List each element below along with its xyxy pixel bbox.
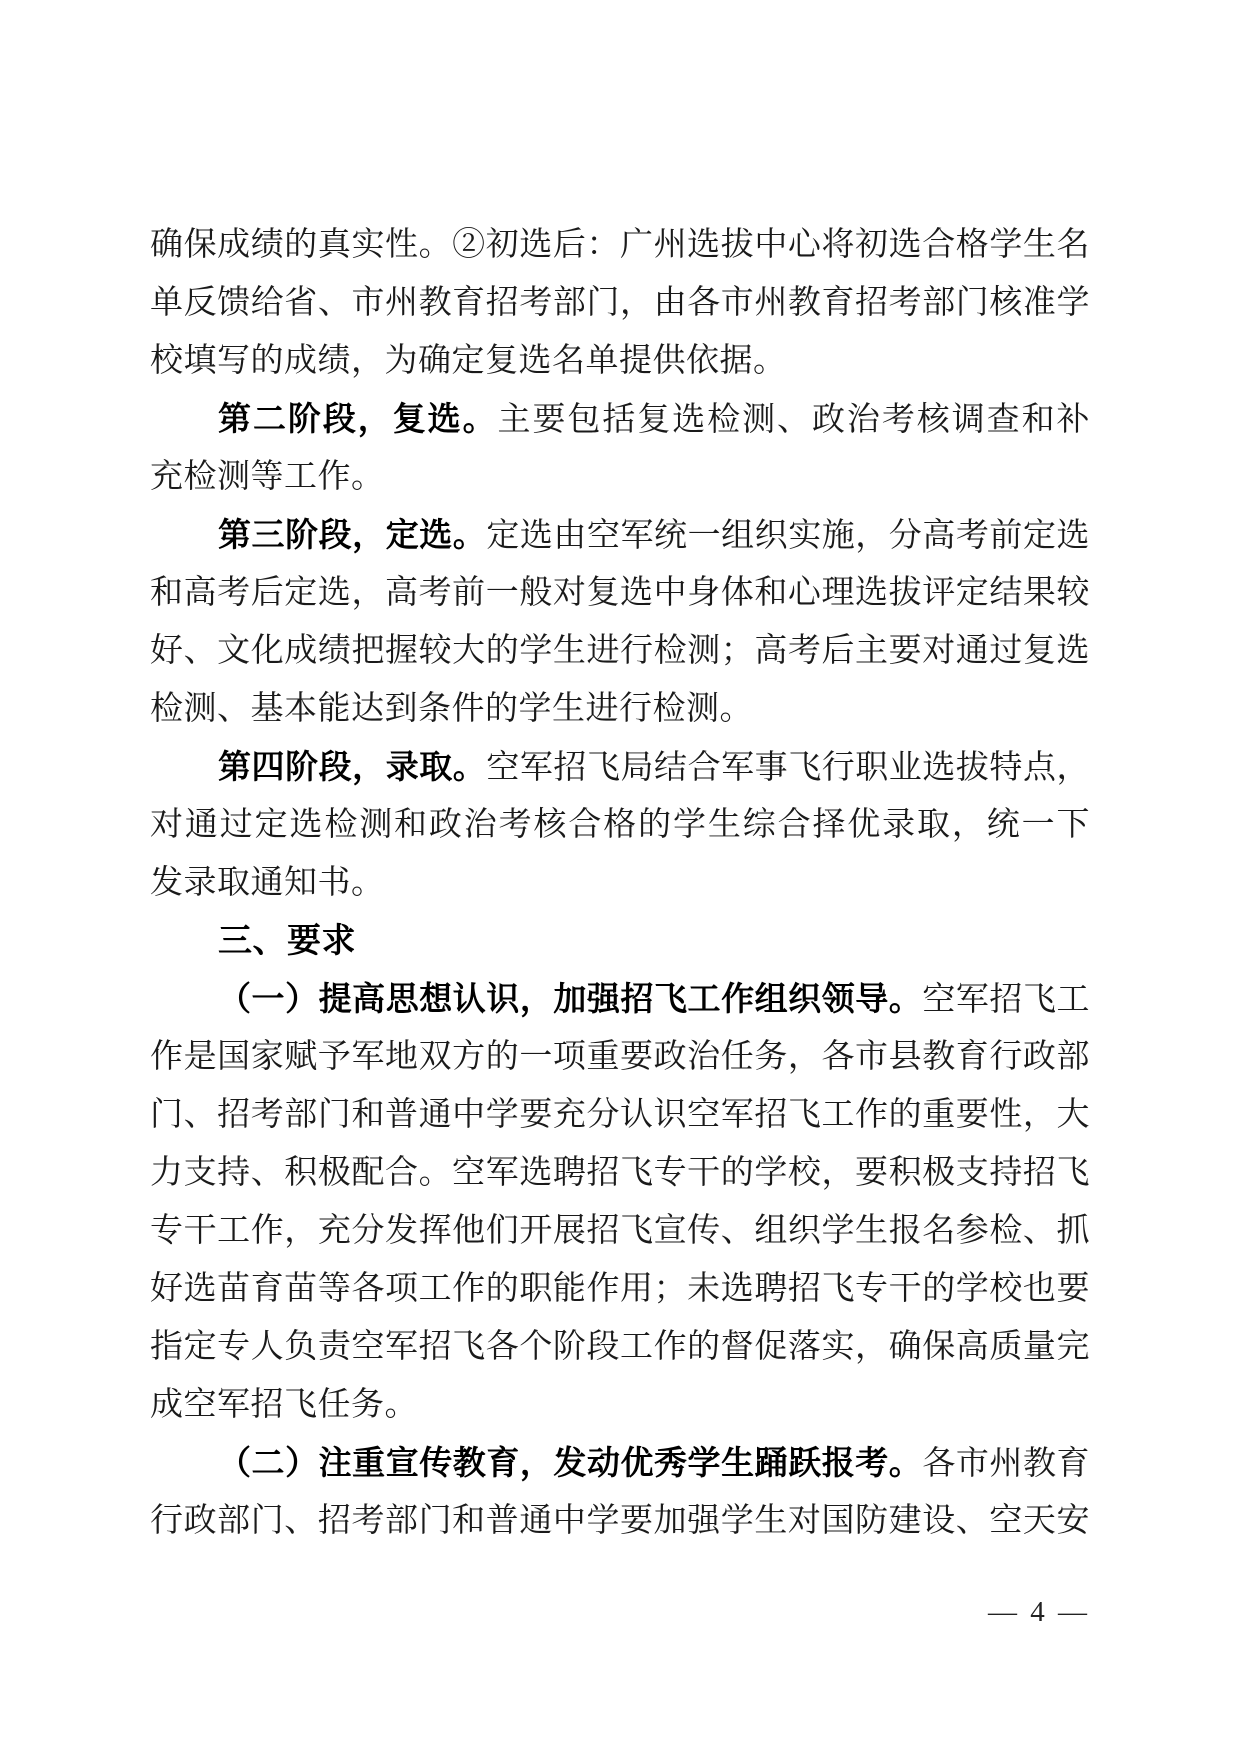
text-line: 好、文化成绩把握较大的学生进行检测；高考后主要对通过复选 [150,622,1090,680]
bold-text-run: 第四阶段，录取。 [218,748,486,785]
text-line: 作是国家赋予军地双方的一项重要政治任务，各市县教育行政部 [150,1028,1090,1086]
text-line: （二）注重宣传教育，发动优秀学生踊跃报考。各市州教育 [150,1434,1090,1492]
text-run: 作是国家赋予军地双方的一项重要政治任务，各市县教育行政部 [150,1039,1090,1075]
text-run: 各市州教育 [922,1446,1090,1482]
text-run: 成空军招飞任务。 [150,1387,418,1423]
text-line: （一）提高思想认识，加强招飞工作组织领导。空军招飞工 [150,970,1090,1028]
bold-text-run: 三、要求 [218,922,356,960]
bold-text-run: （一）提高思想认识，加强招飞工作组织领导。 [218,980,922,1017]
text-run: 专干工作，充分发挥他们开展招飞宣传、组织学生报名参检、抓 [150,1213,1090,1249]
document-body: 确保成绩的真实性。②初选后：广州选拔中心将初选合格学生名单反馈给省、市州教育招考… [150,216,1090,1550]
text-line: 门、招考部门和普通中学要充分认识空军招飞工作的重要性，大 [150,1086,1090,1144]
text-run: 单反馈给省、市州教育招考部门，由各市州教育招考部门核准学 [150,285,1090,321]
text-line: 和高考后定选，高考前一般对复选中身体和心理选拔评定结果较 [150,564,1090,622]
text-line: 专干工作，充分发挥他们开展招飞宣传、组织学生报名参检、抓 [150,1202,1090,1260]
text-run: 和高考后定选，高考前一般对复选中身体和心理选拔评定结果较 [150,575,1090,611]
text-run: 对通过定选检测和政治考核合格的学生综合择优录取，统一下 [150,807,1090,843]
text-run: 发录取通知书。 [150,865,385,901]
text-run: 检测、基本能达到条件的学生进行检测。 [150,691,753,727]
text-run: 充检测等工作。 [150,459,385,495]
text-line: 成空军招飞任务。 [150,1376,1090,1434]
text-line: 确保成绩的真实性。②初选后：广州选拔中心将初选合格学生名 [150,216,1090,274]
text-run: 空军招飞局结合军事飞行职业选拔特点， [486,750,1090,786]
document-page: 确保成绩的真实性。②初选后：广州选拔中心将初选合格学生名单反馈给省、市州教育招考… [0,0,1240,1754]
page-number: — 4 — [988,1592,1090,1632]
text-run: 门、招考部门和普通中学要充分认识空军招飞工作的重要性，大 [150,1097,1090,1133]
bold-text-run: 第二阶段，复选。 [218,400,498,437]
text-line: 充检测等工作。 [150,448,1090,506]
text-line: 行政部门、招考部门和普通中学要加强学生对国防建设、空天安 [150,1492,1090,1550]
text-run: 主要包括复选检测、政治考核调查和补 [498,402,1091,438]
text-line: 好选苗育苗等各项工作的职能作用；未选聘招飞专干的学校也要 [150,1260,1090,1318]
text-run: 空军招飞工 [922,982,1090,1018]
text-line: 力支持、积极配合。空军选聘招飞专干的学校，要积极支持招飞 [150,1144,1090,1202]
text-run: 指定专人负责空军招飞各个阶段工作的督促落实，确保高质量完 [150,1329,1090,1365]
text-run: 定选由空军统一组织实施，分高考前定选 [486,518,1090,554]
text-line: 第二阶段，复选。主要包括复选检测、政治考核调查和补 [150,390,1090,448]
text-run: 好、文化成绩把握较大的学生进行检测；高考后主要对通过复选 [150,633,1090,669]
text-line: 第三阶段，定选。定选由空军统一组织实施，分高考前定选 [150,506,1090,564]
bold-text-run: （二）注重宣传教育，发动优秀学生踊跃报考。 [218,1444,922,1481]
text-run: 确保成绩的真实性。②初选后：广州选拔中心将初选合格学生名 [150,227,1090,263]
text-run: 力支持、积极配合。空军选聘招飞专干的学校，要积极支持招飞 [150,1155,1090,1191]
text-run: 校填写的成绩，为确定复选名单提供依据。 [150,343,787,379]
text-run: 行政部门、招考部门和普通中学要加强学生对国防建设、空天安 [150,1503,1090,1539]
text-line: 检测、基本能达到条件的学生进行检测。 [150,680,1090,738]
text-line: 第四阶段，录取。空军招飞局结合军事飞行职业选拔特点， [150,738,1090,796]
text-run: 好选苗育苗等各项工作的职能作用；未选聘招飞专干的学校也要 [150,1271,1090,1307]
section-heading: 三、要求 [150,912,1090,970]
text-line: 发录取通知书。 [150,854,1090,912]
text-line: 指定专人负责空军招飞各个阶段工作的督促落实，确保高质量完 [150,1318,1090,1376]
bold-text-run: 第三阶段，定选。 [218,516,486,553]
text-line: 单反馈给省、市州教育招考部门，由各市州教育招考部门核准学 [150,274,1090,332]
text-line: 校填写的成绩，为确定复选名单提供依据。 [150,332,1090,390]
text-line: 对通过定选检测和政治考核合格的学生综合择优录取，统一下 [150,796,1090,854]
